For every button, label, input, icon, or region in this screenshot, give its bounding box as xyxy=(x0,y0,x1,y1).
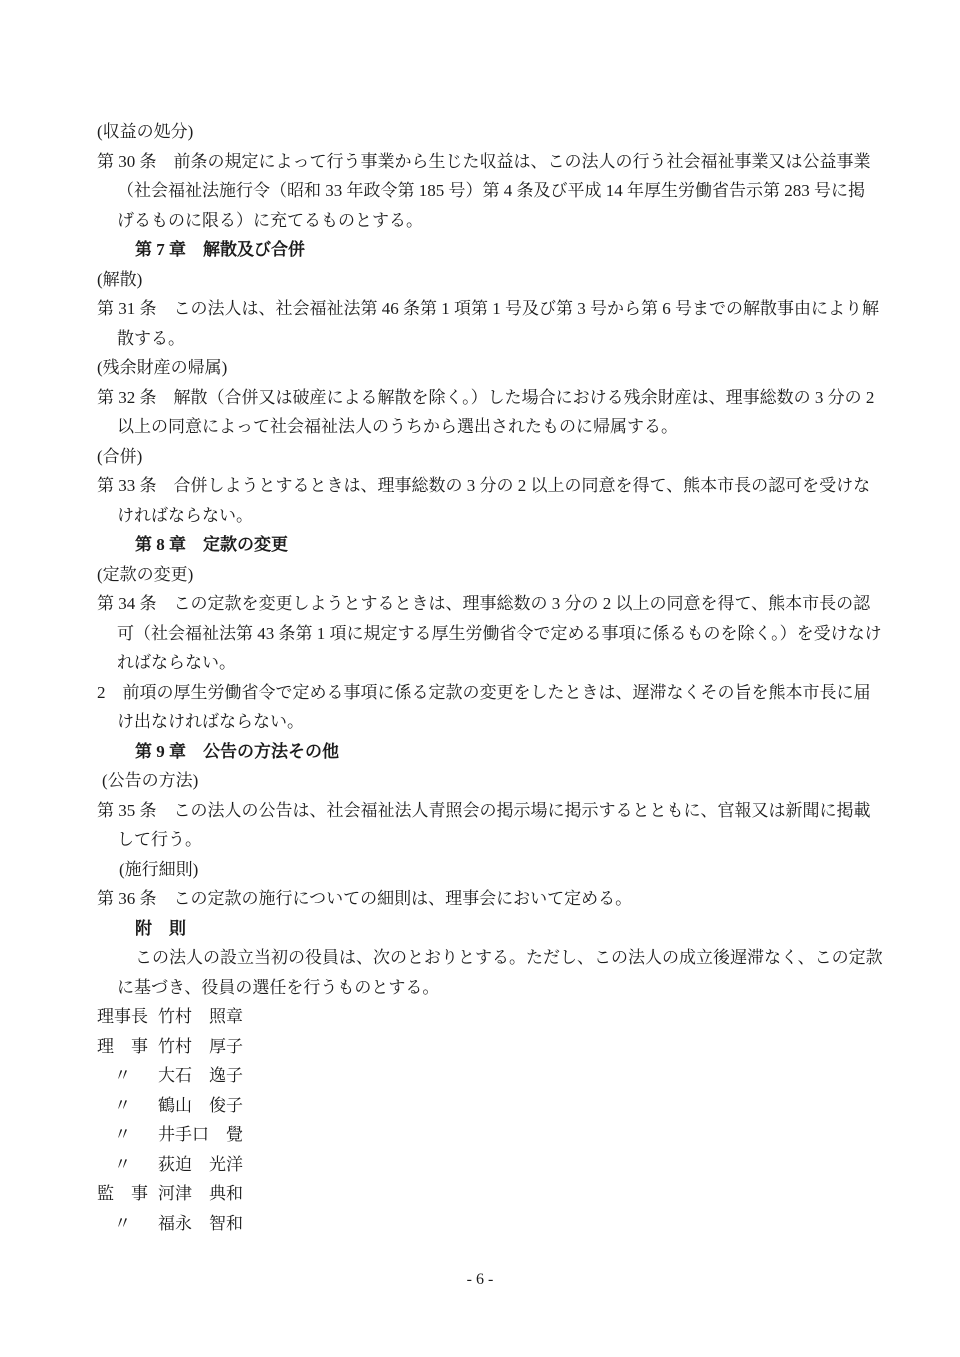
officer-role: 監 事 xyxy=(97,1179,148,1209)
officer-name: 竹村 照章 xyxy=(158,1002,243,1032)
article-text-line: 可（社会福祉法第 43 条第 1 項に規定する厚生労働省令で定める事項に係るもの… xyxy=(97,619,890,649)
officer-name: 鶴山 俊子 xyxy=(158,1091,243,1121)
article-text-line: 第 30 条 前条の規定によって行う事業から生じた収益は、この法人の行う社会福祉… xyxy=(97,147,890,177)
article-text-line: （社会福祉法施行令（昭和 33 年政令第 185 号）第 4 条及び平成 14 … xyxy=(97,176,890,206)
article-text-line: 第 31 条 この法人は、社会福祉法第 46 条第 1 項第 1 号及び第 3 … xyxy=(97,294,890,324)
supplement-text-line: に基づき、役員の選任を行うものとする。 xyxy=(97,973,890,1003)
officer-row: 〃鶴山 俊子 xyxy=(97,1091,890,1121)
page-number: - 6 - xyxy=(0,1271,960,1289)
officer-role: 理事長 xyxy=(97,1002,148,1032)
document-page: (収益の処分)第 30 条 前条の規定によって行う事業から生じた収益は、この法人… xyxy=(0,0,960,1357)
officer-role: 〃 xyxy=(97,1150,148,1180)
document-body: (収益の処分)第 30 条 前条の規定によって行う事業から生じた収益は、この法人… xyxy=(97,117,890,1238)
officer-name: 荻迫 光洋 xyxy=(158,1150,243,1180)
article-text-line: ければならない。 xyxy=(97,501,890,531)
officer-row: 理 事竹村 厚子 xyxy=(97,1032,890,1062)
officer-role: 〃 xyxy=(97,1209,148,1239)
paragraph-text-line: 2 前項の厚生労働省令で定める事項に係る定款の変更をしたときは、遅滞なくその旨を… xyxy=(97,678,890,708)
officer-name: 福永 智和 xyxy=(158,1209,243,1239)
officer-name: 井手口 覺 xyxy=(158,1120,243,1150)
chapter-heading: 第 8 章 定款の変更 xyxy=(97,530,890,560)
officer-role: 〃 xyxy=(97,1061,148,1091)
officer-name: 大石 逸子 xyxy=(158,1061,243,1091)
officer-row: 理事長竹村 照章 xyxy=(97,1002,890,1032)
chapter-heading: 第 9 章 公告の方法その他 xyxy=(97,737,890,767)
supplement-heading: 附 則 xyxy=(97,914,890,944)
officer-role: 〃 xyxy=(97,1091,148,1121)
paragraph-text-line: け出なければならない。 xyxy=(97,707,890,737)
article-text-line: ればならない。 xyxy=(97,648,890,678)
section-label: (解散) xyxy=(97,265,890,295)
article-text-line: 以上の同意によって社会福祉法人のうちから選出されたものに帰属する。 xyxy=(97,412,890,442)
section-label: (公告の方法) xyxy=(97,766,890,796)
article-text-line: 第 35 条 この法人の公告は、社会福祉法人青照会の掲示場に掲示するとともに、官… xyxy=(97,796,890,826)
section-label: (合併) xyxy=(97,442,890,472)
section-label: (定款の変更) xyxy=(97,560,890,590)
article-text-line: 第 32 条 解散（合併又は破産による解散を除く。）した場合における残余財産は、… xyxy=(97,383,890,413)
officer-row: 監 事河津 典和 xyxy=(97,1179,890,1209)
officer-name: 河津 典和 xyxy=(158,1179,243,1209)
officer-name: 竹村 厚子 xyxy=(158,1032,243,1062)
section-label: (残余財産の帰属) xyxy=(97,353,890,383)
supplement-text-line: この法人の設立当初の役員は、次のとおりとする。ただし、この法人の成立後遅滞なく、… xyxy=(97,943,890,973)
section-label: (施行細則) xyxy=(97,855,890,885)
officer-row: 〃福永 智和 xyxy=(97,1209,890,1239)
chapter-heading: 第 7 章 解散及び合併 xyxy=(97,235,890,265)
article-text-line: 散する。 xyxy=(97,324,890,354)
officer-role: 理 事 xyxy=(97,1032,148,1062)
article-text-line: して行う。 xyxy=(97,825,890,855)
article-text-line: げるものに限る）に充てるものとする。 xyxy=(97,206,890,236)
section-label: (収益の処分) xyxy=(97,117,890,147)
article-text-line: 第 36 条 この定款の施行についての細則は、理事会において定める。 xyxy=(97,884,890,914)
article-text-line: 第 33 条 合併しようとするときは、理事総数の 3 分の 2 以上の同意を得て… xyxy=(97,471,890,501)
officer-row: 〃荻迫 光洋 xyxy=(97,1150,890,1180)
officer-role: 〃 xyxy=(97,1120,148,1150)
article-text-line: 第 34 条 この定款を変更しようとするときは、理事総数の 3 分の 2 以上の… xyxy=(97,589,890,619)
officer-row: 〃井手口 覺 xyxy=(97,1120,890,1150)
officer-row: 〃大石 逸子 xyxy=(97,1061,890,1091)
